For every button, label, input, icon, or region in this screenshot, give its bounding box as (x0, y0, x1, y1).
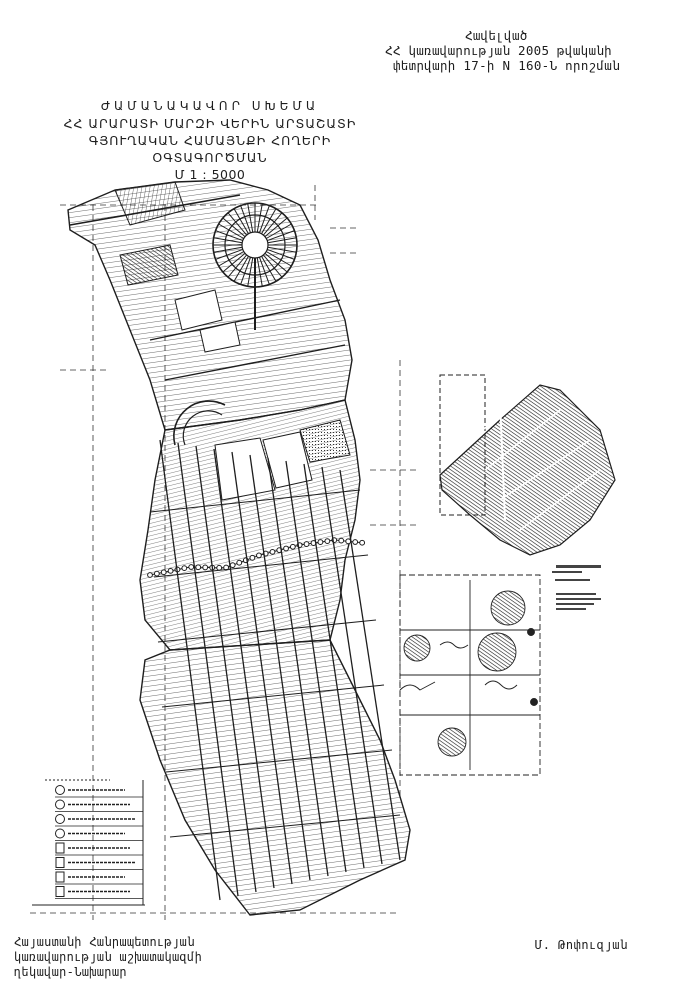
signer-position-line-2: կառավարության աշխատակազմի (14, 950, 202, 965)
signer-position: Հայաստանի Հանրապետության կառավարության ա… (14, 935, 202, 980)
approval-stamps-block (400, 575, 540, 775)
parcel-area-north (68, 180, 352, 445)
signer-position-line-3: ղեկավար-Նախարար (14, 965, 202, 980)
stamp-notes (552, 565, 601, 610)
signer-position-line-1: Հայաստանի Հանրապետության (14, 935, 202, 950)
inset-location-map (440, 375, 615, 555)
signer-name: Մ. Թոփուզյան (535, 938, 628, 952)
land-use-map (0, 0, 680, 1000)
map-legend (32, 780, 145, 905)
